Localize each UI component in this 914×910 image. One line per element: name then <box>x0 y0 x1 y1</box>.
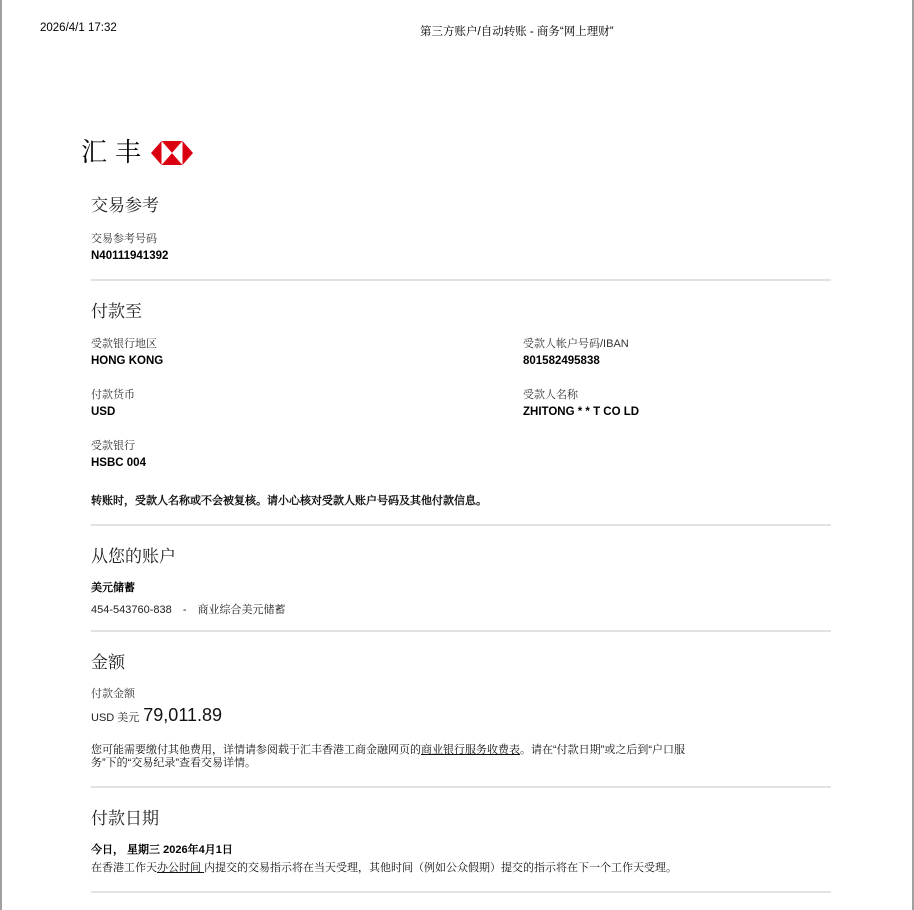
beneficiary-name-label: 受款人名称 <box>523 386 578 402</box>
section-title-pay-to: 付款至 <box>91 297 142 322</box>
section-title-transaction-reference: 交易参考 <box>91 191 159 216</box>
brand-name: 汇丰 <box>81 138 149 168</box>
office-hours-link[interactable]: 办公时间 <box>157 862 204 874</box>
print-header: 2026/4/1 17:32 第三方账户/自动转账 - 商务“网上理财” <box>2 22 912 38</box>
reference-number-value: N40111941392 <box>91 250 168 262</box>
section-title-payment-date: 付款日期 <box>91 804 159 829</box>
payment-amount-label: 付款金额 <box>91 685 135 701</box>
hsbc-logo: 汇丰 <box>81 138 193 168</box>
payment-amount: USD 美元 79,011.89 <box>91 705 222 726</box>
payment-currency-value: USD <box>91 406 115 418</box>
payment-amount-value: 79,011.89 <box>143 705 222 726</box>
beneficiary-bank-region-value: HONG KONG <box>91 355 163 367</box>
separator: - <box>183 604 187 616</box>
beneficiary-bank-value: HSBC 004 <box>91 457 146 469</box>
beneficiary-account-number-value: 801582495838 <box>523 355 600 367</box>
divider <box>91 891 831 893</box>
fee-notice-text: 。请在“付款日期”或之后到“户口服 <box>520 744 685 756</box>
print-page-title: 第三方账户/自动转账 - 商务“网上理财” <box>420 23 614 39</box>
fee-notice-text: 您可能需要缴付其他费用，详情请参阅载于汇丰香港工商金融网页的 <box>91 744 421 756</box>
from-account-number: 454-543760-838 <box>91 604 172 616</box>
service-charges-link[interactable]: 商业银行服务收费表 <box>421 744 520 756</box>
beneficiary-name-value: ZHITONG * * T CO LD <box>523 406 639 418</box>
section-title-from-account: 从您的账户 <box>91 542 176 567</box>
from-account-type: 商业综合美元储蓄 <box>198 604 286 616</box>
beneficiary-account-number-label: 受款人帐户号码/IBAN <box>523 335 629 351</box>
beneficiary-bank-label: 受款银行 <box>91 437 135 453</box>
divider <box>91 279 831 281</box>
processing-notice-text: 内提交的交易指示将在当天受理，其他时间（例如公众假期）提交的指示将在下一个工作天… <box>204 862 677 874</box>
reference-number-label: 交易参考号码 <box>91 230 157 246</box>
hsbc-hexagon-logo-icon <box>151 141 193 165</box>
beneficiary-bank-region-label: 受款银行地区 <box>91 335 157 351</box>
divider <box>91 630 831 632</box>
processing-notice-text: 在香港工作天 <box>91 862 157 874</box>
payment-currency-label: 付款货币 <box>91 386 135 402</box>
fee-notice: 您可能需要缴付其他费用，详情请参阅载于汇丰香港工商金融网页的商业银行服务收费表。… <box>91 744 711 770</box>
processing-time-notice: 在香港工作天办公时间 内提交的交易指示将在当天受理，其他时间（例如公众假期）提交… <box>91 862 677 875</box>
payment-amount-currency: USD 美元 <box>91 709 139 725</box>
section-title-amount: 金额 <box>91 648 125 673</box>
from-account-name: 美元储蓄 <box>91 579 135 595</box>
payment-date-value: 今日， 星期三 2026年4月1日 <box>91 841 233 857</box>
beneficiary-name-notice: 转账时，受款人名称或不会被复核。请小心核对受款人账户号码及其他付款信息。 <box>91 495 487 508</box>
fee-notice-text: 务”下的“交易纪录”查看交易详情。 <box>91 757 256 769</box>
divider <box>91 524 831 526</box>
print-datetime: 2026/4/1 17:32 <box>40 22 117 34</box>
divider <box>91 786 831 788</box>
from-account-details: 454-543760-838 - 商业综合美元储蓄 <box>91 601 286 617</box>
